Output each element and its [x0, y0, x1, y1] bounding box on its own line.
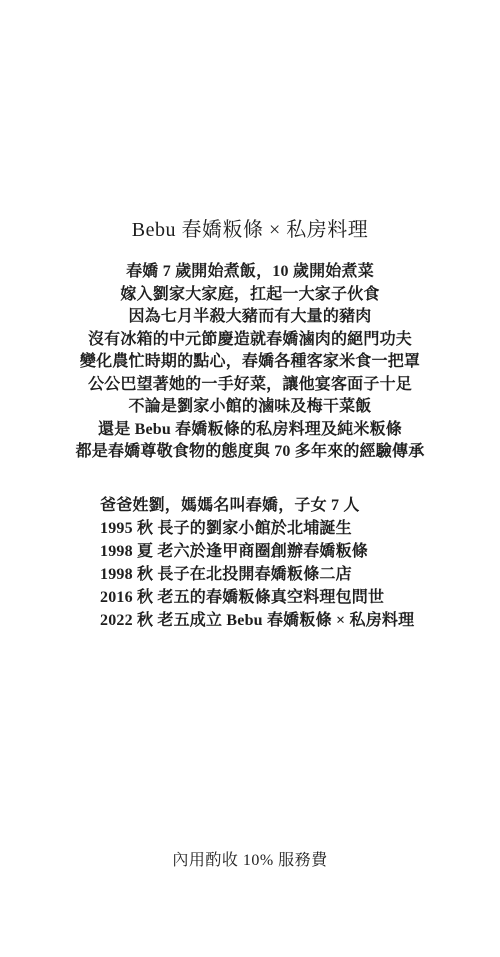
service-charge-note: 內用酌收 10% 服務費: [0, 849, 500, 873]
history-line: 1998 夏 老六於逢甲商圈創辦春嬌粄條: [100, 540, 440, 563]
history-line: 2022 秋 老五成立 Bebu 春嬌粄條 × 私房料理: [100, 609, 440, 632]
menu-story-page: Bebu 春嬌粄條 × 私房料理 春嬌 7 歲開始煮飯，10 歲開始煮菜 嫁入劉…: [0, 0, 500, 957]
history-line: 爸爸姓劉，媽媽名叫春嬌，子女 7 人: [100, 494, 440, 517]
story-line: 公公巴望著她的一手好菜，讓他宴客面子十足: [0, 374, 500, 397]
story-line: 因為七月半殺大豬而有大量的豬肉: [0, 306, 500, 329]
history-line: 1995 秋 長子的劉家小館於北埔誕生: [100, 517, 440, 540]
story-paragraph: 春嬌 7 歲開始煮飯，10 歲開始煮菜 嫁入劉家大家庭，扛起一大家子伙食 因為七…: [0, 261, 500, 464]
history-line: 1998 秋 長子在北投開春嬌粄條二店: [100, 563, 440, 586]
story-line: 嫁入劉家大家庭，扛起一大家子伙食: [0, 284, 500, 307]
story-line: 沒有冰箱的中元節慶造就春嬌滷肉的絕門功夫: [0, 329, 500, 352]
family-history-list: 爸爸姓劉，媽媽名叫春嬌，子女 7 人 1995 秋 長子的劉家小館於北埔誕生 1…: [100, 494, 440, 632]
history-line: 2016 秋 老五的春嬌粄條真空料理包問世: [100, 586, 440, 609]
story-line: 不論是劉家小館的滷味及梅干菜飯: [0, 396, 500, 419]
story-line: 還是 Bebu 春嬌粄條的私房料理及純米粄條: [0, 419, 500, 442]
story-line: 春嬌 7 歲開始煮飯，10 歲開始煮菜: [0, 261, 500, 284]
page-title: Bebu 春嬌粄條 × 私房料理: [0, 216, 500, 244]
story-line: 都是春嬌尊敬食物的態度與 70 多年來的經驗傳承: [0, 441, 500, 464]
story-line: 變化農忙時期的點心，春嬌各種客家米食一把罩: [0, 351, 500, 374]
